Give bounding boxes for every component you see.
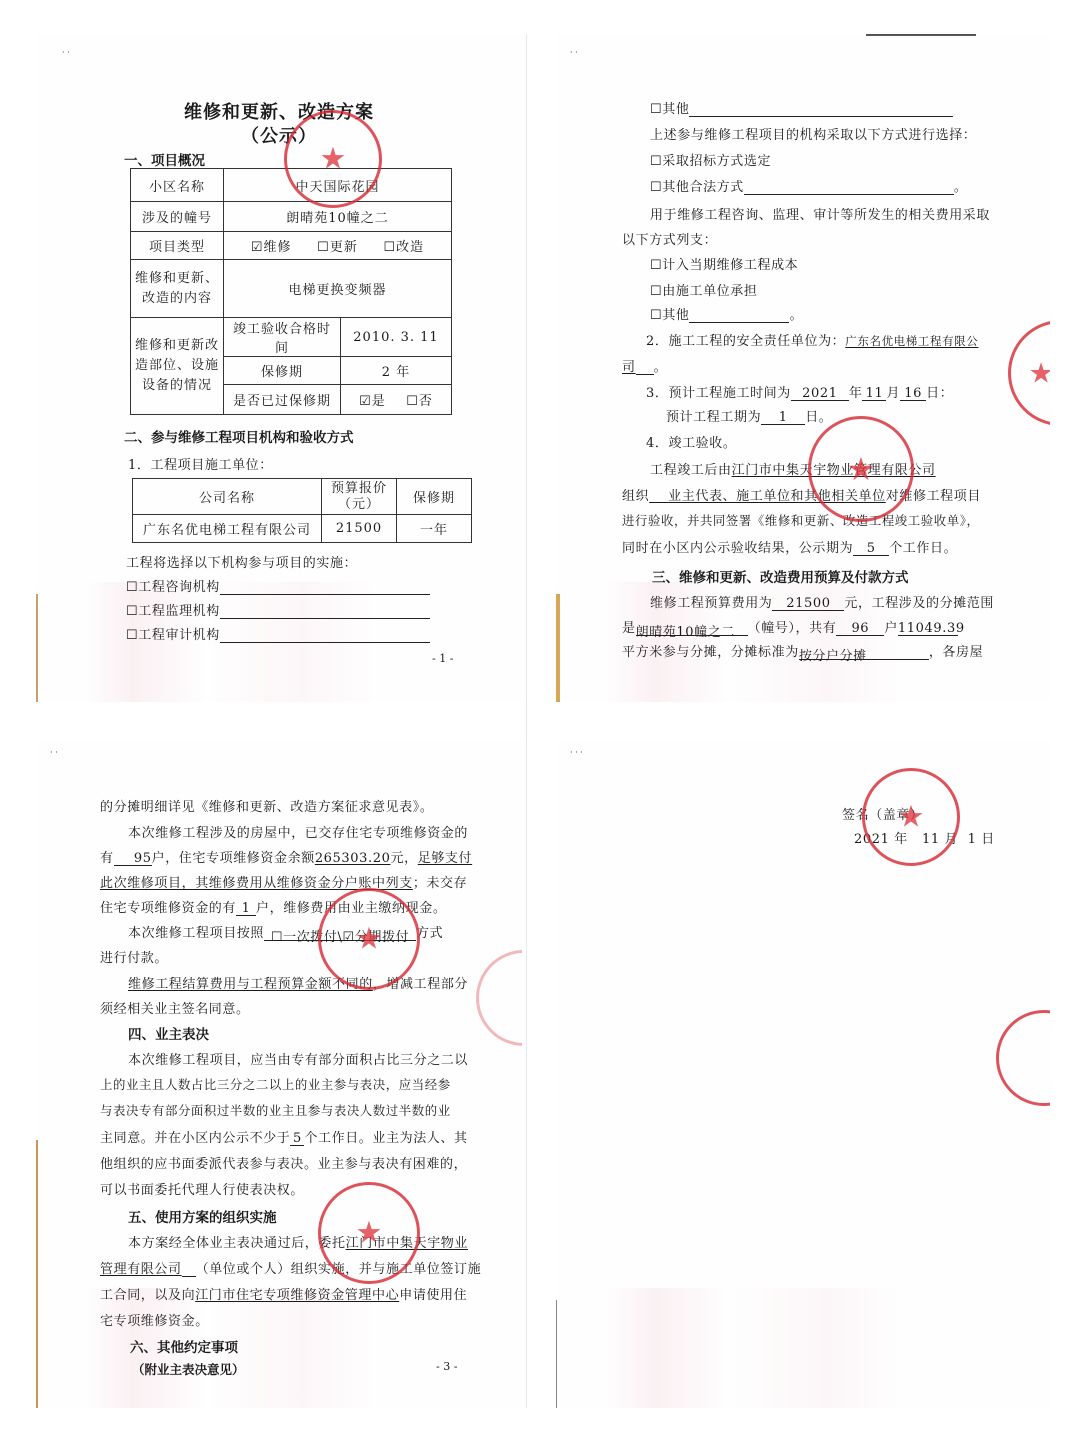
item-4: 4．竣工验收。	[646, 432, 736, 451]
acceptance-organizer: 江门市中集天宇物业管理有限公司	[732, 463, 936, 478]
expired-label: 是否已过保修期	[224, 385, 341, 415]
start-month[interactable]: 11	[862, 386, 886, 401]
acceptance-line-1: 工程竣工后由江门市中集天宇物业管理有限公司	[650, 459, 936, 478]
impl-line-1: 本方案经全体业主表决通过后，委托江门市中集天宇物业	[128, 1232, 468, 1251]
overview-table: 小区名称 中天国际花园 涉及的幢号 朗晴苑10幢之二 项目类型 ☑维修 ☐更新 …	[130, 168, 452, 415]
content-label: 维修和更新、改造的内容	[131, 260, 224, 318]
contractor-header-warranty: 保修期	[397, 479, 472, 515]
item-2-cont: 司。	[622, 356, 667, 375]
acceptance-line-4: 同时在小区内公示验收结果，公示期为5个工作日。	[622, 537, 957, 556]
scan-mark: · ·	[570, 48, 578, 57]
company-seal-edge: ★	[1008, 320, 1050, 426]
vote-line-3: 与表决专有部分面积过半数的业主且参与表决人数过半数的业	[100, 1101, 451, 1119]
institutions-intro: 工程将选择以下机构参与项目的实施：	[126, 552, 357, 571]
checkbox-expired-yes[interactable]: ☑	[359, 394, 372, 409]
vote-line-6: 可以书面委托代理人行使表决权。	[100, 1179, 304, 1198]
sign-day: 1	[968, 832, 977, 847]
scan-mark: · · ·	[570, 748, 583, 757]
item-2: 2．施工工程的安全责任单位为：广东名优电梯工程有限公	[646, 330, 978, 349]
scope-building[interactable]: 朗晴苑10幢之二	[636, 621, 748, 636]
document-subtitle: （公示）	[36, 122, 522, 148]
fee-option-cost: ☐计入当期维修工程成本	[650, 254, 798, 273]
checkbox-supervision[interactable]: ☐	[126, 604, 138, 619]
other-institution: ☐其他	[650, 98, 953, 117]
page-number: - 3 -	[436, 1360, 457, 1373]
start-year[interactable]: 2021	[791, 386, 849, 401]
vote-line-5: 他组织的应书面委派代表参与表决。业主参与表决有困难的，	[100, 1153, 467, 1172]
consulting-blank[interactable]	[220, 580, 430, 595]
sign-month: 11	[922, 832, 940, 847]
section-2-heading: 二、参与维修工程项目机构和验收方式	[124, 426, 354, 446]
company-seal-edge	[476, 950, 522, 1046]
fund-line-3: 此次维修项目，其维修费用从维修资金分户账中列支；未交存	[100, 872, 467, 891]
acceptance-parties: 业主代表、施工单位和其他相关单位	[649, 489, 886, 504]
implementer-company: 江门市中集天宇物业	[346, 1236, 468, 1251]
contractor-table: 公司名称 预算报价（元） 保修期 广东名优电梯工程有限公司 21500 一年	[132, 478, 472, 543]
item-1-label: 1．工程项目施工单位：	[128, 454, 273, 473]
signature-date: 2021 年 11 月 1 日	[854, 828, 995, 847]
checkbox-fee-other[interactable]: ☐	[650, 308, 662, 323]
warranty-value: 2 年	[341, 357, 452, 385]
acceptance-value: 2010. 3. 11	[341, 318, 452, 357]
checkbox-fee-contractor[interactable]: ☐	[650, 284, 662, 299]
section-6-heading: 六、其他约定事项	[130, 1336, 238, 1356]
paid-households[interactable]: 95	[114, 851, 152, 866]
document-page-1: · · 维修和更新、改造方案 （公示） 一、项目概况 小区名称 中天国际花园 涉…	[36, 34, 522, 702]
vote-line-2: 上的业主且人数占比三分之二以上的业主参与表决，应当经参	[100, 1075, 451, 1093]
checkbox-bidding[interactable]: ☐	[650, 154, 662, 169]
page-number: - 1 -	[432, 652, 453, 665]
vote-line-1: 本次维修工程项目，应当由专有部分面积占比三分之二以	[128, 1049, 468, 1068]
building-label: 涉及的幢号	[131, 202, 224, 232]
signature-line: 签名（盖章）	[842, 804, 924, 823]
unpaid-households[interactable]: 1	[236, 901, 256, 916]
supervision-blank[interactable]	[220, 604, 430, 619]
scan-mark: · ·	[50, 748, 58, 757]
community-value: 中天国际花园	[224, 169, 452, 202]
situation-label: 维修和更新改造部位、设施设备的情况	[131, 318, 224, 415]
other-legal-blank[interactable]	[744, 180, 954, 195]
checkbox-expired-no[interactable]: ☐	[406, 394, 419, 409]
audit-blank[interactable]	[220, 628, 430, 643]
document-page-3: · · 的分摊明细详见《维修和更新、改造方案征求意见表》。 本次维修工程涉及的房…	[36, 740, 522, 1408]
start-day[interactable]: 16	[900, 386, 926, 401]
payment-line-2: 进行付款。	[100, 947, 168, 966]
share-area[interactable]: 11049.39	[898, 621, 958, 636]
section-4-heading: 四、业主表决	[128, 1023, 209, 1043]
expired-options: ☑是 ☐否	[341, 385, 452, 415]
sign-year: 2021	[854, 832, 889, 847]
acceptance-label: 竣工验收合格时间	[224, 318, 341, 357]
checkbox-fee-cost[interactable]: ☐	[650, 258, 662, 273]
section-5-heading: 五、使用方案的组织实施	[128, 1206, 277, 1226]
impl-line-4: 宅专项维修资金。	[100, 1310, 209, 1329]
selection-intro: 上述参与维修工程项目的机构采取以下方式进行选择：	[650, 124, 976, 143]
impl-line-2: 管理有限公司（单位或个人）组织实施，并与施工单位签订施	[100, 1258, 481, 1277]
type-label: 项目类型	[131, 232, 224, 260]
table-row: 广东名优电梯工程有限公司 21500 一年	[133, 515, 472, 543]
content-value: 电梯更换变频器	[224, 260, 452, 318]
share-line: 平方米参与分摊，分摊标准为按分户分摊，各房屋	[622, 641, 983, 660]
company-seal-edge	[996, 1010, 1050, 1106]
item-3: 3．预计工程施工时间为2021年11月16日：	[646, 382, 953, 401]
fee-intro: 用于维修工程咨询、监理、审计等所发生的相关费用采取	[650, 204, 990, 223]
acceptance-line-3: 进行验收，并共同签署《维修和更新、改造工程竣工验收单》，	[622, 511, 980, 529]
checkbox-other-legal[interactable]: ☐	[650, 180, 662, 195]
scan-mark: · ·	[62, 48, 70, 57]
scan-edge-line	[866, 34, 976, 36]
fee-other-blank[interactable]	[689, 308, 789, 323]
checkbox-consulting[interactable]: ☐	[126, 580, 138, 595]
fund-balance: 265303.20	[315, 851, 391, 866]
other-institution-blank[interactable]	[689, 102, 953, 117]
fund-line-1: 本次维修工程涉及的房屋中，已交存住宅专项维修资金的	[128, 822, 468, 841]
fund-center: 江门市住宅专项维修资金管理中心	[195, 1288, 399, 1303]
impl-line-3: 工合同，以及向江门市住宅专项维修资金管理中心申请使用住	[100, 1284, 467, 1303]
checkbox-other-institution[interactable]: ☐	[650, 102, 662, 117]
contractor-header-company: 公司名称	[133, 479, 322, 515]
document-page-2: · · ☐其他 上述参与维修工程项目的机构采取以下方式进行选择： ☐采取招标方式…	[556, 34, 1050, 702]
settlement-line-2: 须经相关业主签名同意。	[100, 998, 250, 1017]
payment-options: ☐一次拨付\☑分期拨付	[264, 926, 416, 941]
fee-intro-cont: 以下方式列支：	[622, 229, 717, 248]
attachment-note: （附业主表决意见）	[132, 1360, 245, 1378]
contractor-header-budget: 预算报价（元）	[322, 479, 397, 515]
budget-line: 维修工程预算费用为21500元，工程涉及的分摊范围	[650, 592, 994, 611]
share-standard[interactable]: 按分户分摊	[799, 645, 929, 660]
community-label: 小区名称	[131, 169, 224, 202]
warranty-label: 保修期	[224, 357, 341, 385]
type-options: ☑维修 ☐更新 ☐改造	[224, 232, 452, 260]
fee-option-contractor: ☐由施工单位承担	[650, 280, 757, 299]
checkbox-lump-sum[interactable]: ☐	[271, 930, 283, 945]
document-title: 维修和更新、改造方案	[36, 98, 522, 124]
payment-line: 本次维修工程项目按照 ☐一次拨付\☑分期拨付 方式	[128, 922, 443, 941]
budget-value[interactable]: 21500	[772, 596, 844, 611]
section-1-heading: 一、项目概况	[124, 149, 205, 169]
vote-line-4: 主同意。并在小区内公示不少于5个工作日。业主为法人、其	[100, 1127, 468, 1146]
publicity-days[interactable]: 5	[853, 541, 889, 556]
checkbox-audit[interactable]: ☐	[126, 628, 138, 643]
selection-bidding: ☐采取招标方式选定	[650, 150, 771, 169]
page-divider	[526, 34, 527, 1408]
building-value: 朗晴苑10幢之二	[224, 202, 452, 232]
checkbox-update[interactable]: ☐	[317, 240, 330, 255]
duration-value[interactable]: 1	[761, 410, 805, 425]
allocation-detail: 的分摊明细详见《维修和更新、改造方案征求意见表》。	[100, 796, 434, 815]
fund-line-2: 有95户，住宅专项维修资金余额265303.20元，足够支付	[100, 847, 472, 866]
checkbox-repair[interactable]: ☑	[251, 240, 264, 255]
section-3-heading: 三、维修和更新、改造费用预算及付款方式	[652, 566, 909, 586]
fund-line-4: 住宅专项维修资金的有1户，维修费用由业主缴纳现金。	[100, 897, 446, 916]
vote-publicity-days[interactable]: 5	[290, 1131, 304, 1146]
household-count[interactable]: 96	[836, 621, 884, 636]
institution-audit: ☐工程审计机构	[126, 624, 430, 643]
duration: 预计工程工期为1日。	[666, 406, 832, 425]
acceptance-line-2: 组织 业主代表、施工单位和其他相关单位对维修工程项目	[622, 485, 981, 504]
safety-unit: 广东名优电梯工程有限公	[845, 334, 978, 348]
institution-consulting: ☐工程咨询机构	[126, 576, 430, 595]
seal-star-icon: ★	[1028, 357, 1050, 390]
selection-other-legal: ☐其他合法方式。	[650, 176, 967, 195]
settlement-line: 维修工程结算费用与工程预算金额不同的，增减工程部分	[128, 973, 468, 992]
checkbox-installment[interactable]: ☑	[343, 930, 355, 945]
document-page-4: · · · 签名（盖章） 2021 年 11 月 1 日 ★	[556, 740, 1050, 1408]
institution-supervision: ☐工程监理机构	[126, 600, 430, 619]
checkbox-renovate[interactable]: ☐	[384, 240, 397, 255]
fee-option-other: ☐其他。	[650, 304, 803, 323]
scope-line: 是朗晴苑10幢之二（幢号），共有96户11049.39	[622, 617, 958, 636]
